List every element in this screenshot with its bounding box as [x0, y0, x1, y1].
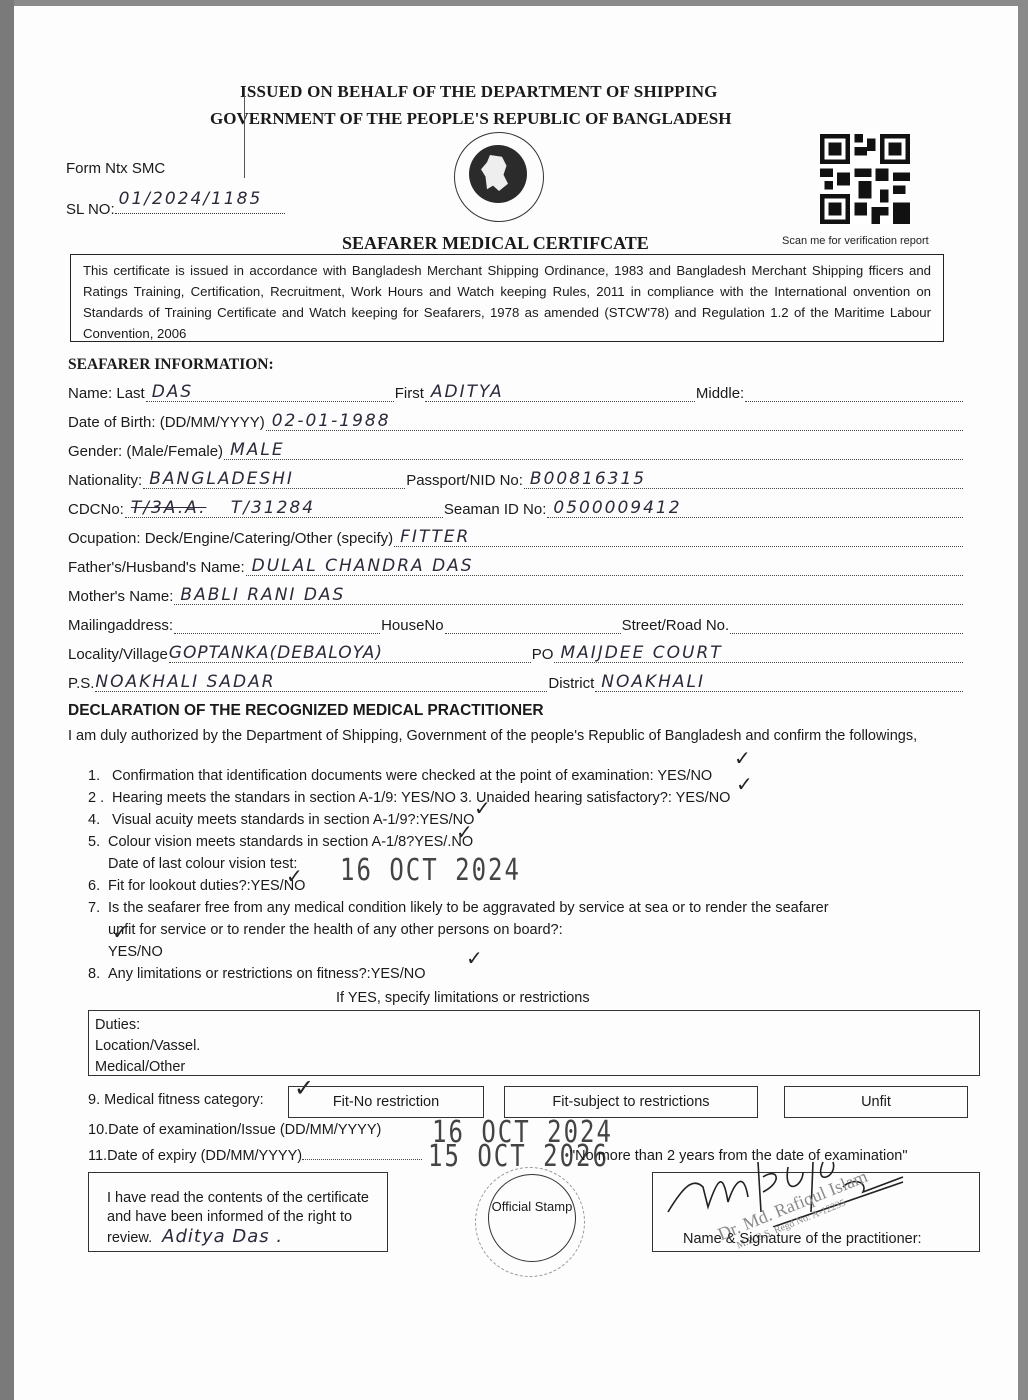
dob-label: Date of Birth: (DD/MM/YYYY): [68, 414, 265, 431]
mother-row: Mother's Name: BABLI RANI DAS: [68, 583, 964, 605]
declaration-item-7-answer: YES/NO: [108, 944, 163, 960]
qr-code-icon[interactable]: [820, 134, 910, 224]
checkmark-icon: ✓: [466, 946, 483, 970]
official-stamp: Official Stamp: [488, 1174, 576, 1262]
locality-value: GOPTANKA(DEBALOYA): [169, 643, 383, 663]
occupation-field[interactable]: FITTER: [394, 530, 963, 547]
limitation-location: Location/Vassel.: [95, 1036, 973, 1057]
cdc-value: T/31284: [231, 498, 315, 518]
declaration-item-6: 6.Fit for lookout duties?:YES/NO: [88, 878, 305, 894]
fitness-option-unfit[interactable]: Unfit: [784, 1086, 968, 1118]
exam-date-label: 10.Date of examination/Issue (DD/MM/YYYY…: [88, 1122, 381, 1138]
seafarer-info-title: SEAFARER INFORMATION:: [68, 356, 274, 374]
gender-field[interactable]: MALE: [224, 443, 963, 460]
declaration-item-4: 4.Visual acuity meets standards in secti…: [88, 812, 474, 828]
mailing-label: Mailingaddress:: [68, 617, 173, 634]
father-row: Father's/Husband's Name: DULAL CHANDRA D…: [68, 554, 964, 576]
qr-caption: Scan me for verification report: [782, 235, 929, 247]
last-name-value: DAS: [152, 382, 194, 402]
practitioner-label: Name & Signature of the practitioner:: [683, 1231, 922, 1247]
nationality-field[interactable]: BANGLADESHI: [143, 472, 405, 489]
first-name-value: ADITYA: [431, 382, 504, 402]
declaration-item-8: 8.Any limitations or restrictions on fit…: [88, 966, 426, 982]
ps-value: NOAKHALI SADAR: [95, 672, 275, 692]
serial-number-value: 01/2024/1185: [119, 189, 263, 209]
gender-label: Gender: (Male/Female): [68, 443, 223, 460]
seaman-id-label: Seaman ID No:: [444, 501, 547, 518]
declaration-item-7-cont: unfit for service or to render the healt…: [108, 922, 563, 938]
mailing-field[interactable]: [174, 617, 380, 634]
street-field[interactable]: [730, 617, 963, 634]
checkmark-icon: ✓: [456, 820, 473, 844]
compliance-statement: This certificate is issued in accordance…: [70, 254, 944, 342]
checkmark-icon: ✓: [474, 796, 491, 820]
seaman-id-value: 0500009412: [553, 498, 681, 518]
mother-label: Mother's Name:: [68, 588, 173, 605]
occupation-row: Ocupation: Deck/Engine/Catering/Other (s…: [68, 525, 964, 547]
last-name-field[interactable]: DAS: [146, 385, 394, 402]
locality-field[interactable]: GOPTANKA(DEBALOYA): [169, 646, 531, 663]
district-field[interactable]: NOAKHALI: [595, 675, 963, 692]
father-value: DULAL CHANDRA DAS: [252, 556, 474, 576]
house-field[interactable]: [445, 617, 621, 634]
declaration-item-2: 2 .Hearing meets the standars in section…: [88, 790, 730, 806]
cdc-field[interactable]: T/3A.A.T/31284: [125, 501, 443, 518]
seafarer-signature: Aditya Das .: [162, 1226, 283, 1247]
first-name-label: First: [395, 385, 424, 402]
po-value: MAIJDEE COURT: [560, 643, 722, 663]
last-name-label: Name: Last: [68, 385, 145, 402]
passport-field[interactable]: B00816315: [524, 472, 963, 489]
colour-vision-date-label: Date of last colour vision test:: [108, 856, 297, 872]
colour-vision-date-stamp: 16 OCT 2024: [340, 853, 521, 888]
serial-number: SL NO:01/2024/1185: [66, 199, 285, 218]
passport-value: B00816315: [530, 469, 646, 489]
locality-label: Locality/Village: [68, 646, 168, 663]
nationality-row: Nationality: BANGLADESHI Passport/NID No…: [68, 467, 964, 489]
gender-row: Gender: (Male/Female) MALE: [68, 438, 964, 460]
district-value: NOAKHALI: [601, 672, 705, 692]
checkmark-icon: ✓: [734, 746, 751, 770]
form-id: Form Ntx SMC: [66, 160, 165, 177]
dob-value: 02-01-1988: [272, 411, 391, 431]
district-label: District: [548, 675, 594, 692]
cdc-label: CDCNo:: [68, 501, 124, 518]
declaration-title: DECLARATION OF THE RECOGNIZED MEDICAL PR…: [68, 702, 544, 720]
fitness-option-fit-no-restriction[interactable]: Fit-No restriction: [288, 1086, 484, 1118]
checkmark-icon: ✓: [112, 920, 129, 944]
ps-label: P.S.: [68, 675, 94, 692]
declaration-item-1: 1.Confirmation that identification docum…: [88, 768, 712, 784]
limitations-caption: If YES, specify limitations or restricti…: [336, 990, 590, 1006]
po-field[interactable]: MAIJDEE COURT: [554, 646, 963, 663]
limitation-duties: Duties:: [95, 1015, 973, 1036]
checkmark-icon: ✓: [736, 772, 753, 796]
limitation-medical: Medical/Other: [95, 1057, 973, 1078]
po-label: PO: [532, 646, 554, 663]
ps-row: P.S. NOAKHALI SADAR District NOAKHALI: [68, 670, 964, 692]
passport-label: Passport/NID No:: [406, 472, 523, 489]
cdc-struck-value: T/3A.A.: [131, 498, 207, 518]
fitness-option-fit-subject-to-restrictions[interactable]: Fit-subject to restrictions: [504, 1086, 758, 1118]
nationality-value: BANGLADESHI: [149, 469, 294, 489]
mailing-row: Mailingaddress: HouseNo Street/Road No.: [68, 612, 964, 634]
serial-number-label: SL NO:: [66, 201, 115, 218]
declaration-item-7: 7.Is the seafarer free from any medical …: [88, 900, 829, 916]
seaman-id-field[interactable]: 0500009412: [547, 501, 963, 518]
middle-name-field[interactable]: [745, 385, 963, 402]
practitioner-signature-box: Dr. Md. Rafiqul Islam M.B.B.S. Regd No: …: [652, 1172, 980, 1252]
dob-field[interactable]: 02-01-1988: [266, 414, 963, 431]
mother-field[interactable]: BABLI RANI DAS: [174, 588, 963, 605]
fitness-category-label: 9. Medical fitness category:: [88, 1092, 264, 1108]
dob-row: Date of Birth: (DD/MM/YYYY) 02-01-1988: [68, 409, 964, 431]
occupation-label: Ocupation: Deck/Engine/Catering/Other (s…: [68, 530, 393, 547]
issuer-line-1: ISSUED ON BEHALF OF THE DEPARTMENT OF SH…: [240, 82, 718, 102]
occupation-value: FITTER: [400, 527, 470, 547]
declaration-item-5: 5.Colour vision meets standards in secti…: [88, 834, 473, 850]
issuer-line-2: GOVERNMENT OF THE PEOPLE'S REPUBLIC OF B…: [210, 109, 731, 129]
limitations-box[interactable]: Duties: Location/Vassel. Medical/Other: [88, 1010, 980, 1076]
declaration-intro: I am duly authorized by the Department o…: [68, 726, 948, 746]
first-name-field[interactable]: ADITYA: [425, 385, 695, 402]
ps-field[interactable]: NOAKHALI SADAR: [95, 675, 547, 692]
certificate-page: ISSUED ON BEHALF OF THE DEPARTMENT OF SH…: [14, 6, 1018, 1400]
acknowledgement-box: I have read the contents of the certific…: [88, 1172, 388, 1252]
father-field[interactable]: DULAL CHANDRA DAS: [246, 559, 963, 576]
name-row: Name: Last DAS First ADITYA Middle:: [68, 380, 964, 402]
checkmark-icon: ✓: [286, 864, 303, 888]
nationality-label: Nationality:: [68, 472, 142, 489]
gender-value: MALE: [230, 440, 285, 460]
house-label: HouseNo: [381, 617, 444, 634]
official-stamp-label: Official Stamp: [489, 1199, 575, 1215]
bangladesh-government-seal-icon: [454, 132, 544, 222]
mother-value: BABLI RANI DAS: [180, 585, 345, 605]
street-label: Street/Road No.: [622, 617, 730, 634]
certificate-title: SEAFARER MEDICAL CERTIFCATE: [342, 233, 649, 254]
scan-artifact-line: [244, 88, 245, 178]
cdc-row: CDCNo: T/3A.A.T/31284 Seaman ID No: 0500…: [68, 496, 964, 518]
father-label: Father's/Husband's Name:: [68, 559, 245, 576]
expiry-date-label: 11.Date of expiry (DD/MM/YYYY): [88, 1148, 422, 1164]
locality-row: Locality/Village GOPTANKA(DEBALOYA) PO M…: [68, 641, 964, 663]
scan-edge: [0, 0, 14, 1400]
middle-name-label: Middle:: [696, 385, 744, 402]
